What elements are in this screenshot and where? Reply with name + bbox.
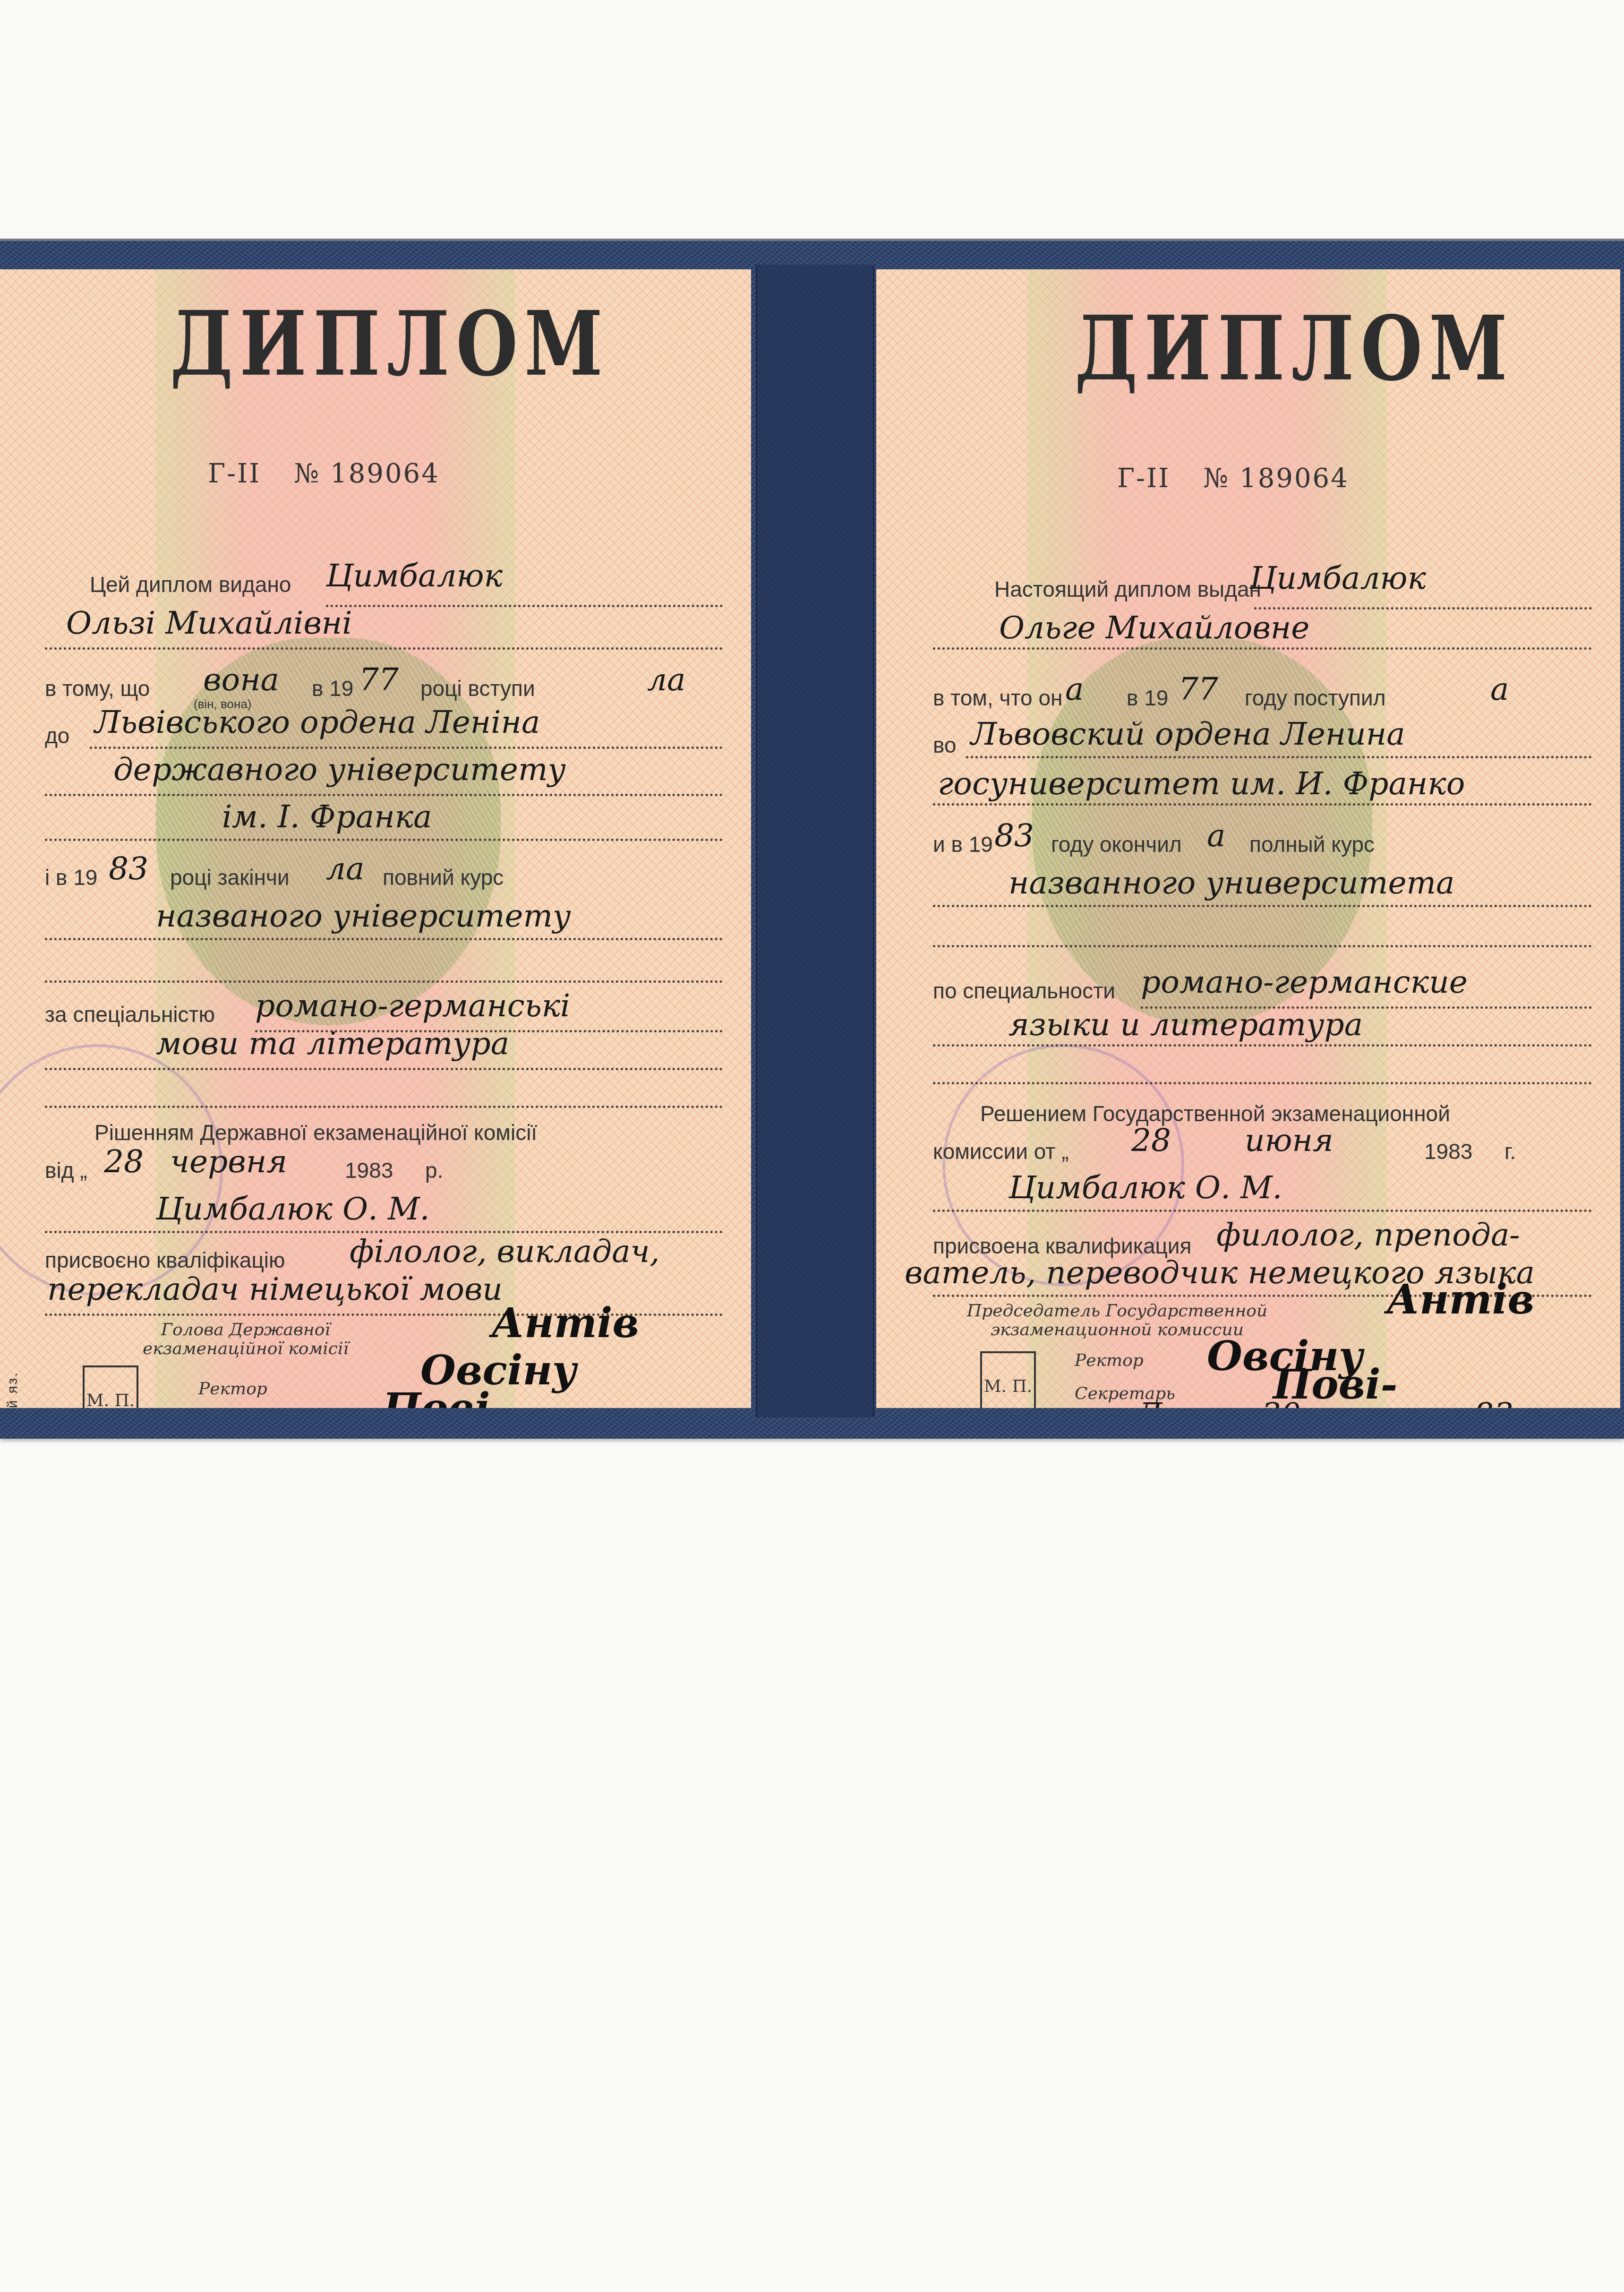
dotted-line [933, 1082, 1592, 1084]
issue-month: июня [1318, 1396, 1407, 1408]
dotted-line [933, 945, 1592, 947]
specialty-line-2: языки и литература [1009, 1006, 1363, 1043]
full-course-label: полный курс [1249, 832, 1375, 857]
rector-label: Ректор [1075, 1351, 1144, 1370]
surname: Цимбалюк [326, 558, 503, 594]
issued-label: Цей диплом видано [90, 572, 291, 597]
entry-year: 77 [1179, 671, 1218, 707]
chair-signature: Антів [1386, 1276, 1534, 1323]
university-line-1: Львовский ордена Ленина [971, 716, 1405, 752]
entered-suffix: а [1490, 671, 1509, 707]
diploma-spine [756, 265, 874, 1417]
seal-placeholder: М. П. [83, 1365, 138, 1408]
diploma-number: 189064 [1239, 463, 1349, 494]
dotted-line [933, 803, 1592, 806]
dotted-line [933, 1210, 1592, 1212]
dotted-line [326, 605, 723, 607]
number-sign: № [294, 458, 320, 489]
and-in-year-label: і в 19 [45, 865, 97, 890]
and-in-year-label: и в 19 [933, 832, 993, 857]
decision-label: Решением Государственной экзаменационной [980, 1101, 1450, 1126]
in-that-label: в том, что он [933, 685, 1062, 711]
holder-short-name: Цимбалюк О. М. [1009, 1169, 1282, 1206]
chair-label: Голова Державної екзаменаційної комісії [128, 1321, 364, 1358]
first-and-patronymic: Ользі Михайлівні [66, 605, 352, 641]
specialty-label: по специальности [933, 978, 1115, 1004]
course-name: названого університету [156, 898, 571, 934]
number-sign: № [1203, 463, 1230, 494]
specialty-line-1: романо-германські [255, 987, 570, 1024]
university-line-3: ім. І. Франка [222, 798, 432, 835]
entered-suffix: ла [647, 661, 685, 698]
qualification-line-1: филолог, препода- [1216, 1217, 1520, 1253]
in-year-label: в 19 [1127, 685, 1168, 711]
secretary-signature: Пові- [383, 1384, 507, 1408]
dotted-line [45, 839, 723, 841]
pronoun: вона [203, 661, 279, 698]
to-label: во [933, 732, 957, 758]
decision-day: 28 [104, 1143, 144, 1180]
decision-year: 1983 [345, 1158, 393, 1183]
dotted-line [45, 1106, 723, 1108]
specialty-label: за спеціальністю [45, 1002, 215, 1027]
decision-label: Рішенням Державної екзаменаційної комісі… [94, 1120, 537, 1145]
chair-signature: Антів [491, 1299, 639, 1347]
graduation-year: 83 [994, 817, 1034, 854]
specialty-line-2: мови та література [156, 1025, 509, 1062]
dotted-line [933, 647, 1592, 650]
rector-label: Ректор [198, 1380, 267, 1399]
issued-label: Настоящий диплом выдан [994, 576, 1261, 602]
finished-suffix: а [1207, 817, 1225, 854]
university-line-2: державного університету [113, 751, 566, 788]
holder-short-name: Цимбалюк О. М. [156, 1191, 430, 1227]
diploma-title: ДИПЛОМ [1075, 297, 1514, 401]
diploma-serial: Г-II№ 189064 [1117, 463, 1349, 494]
entered-label: году поступил [1245, 685, 1385, 711]
dotted-line [933, 1044, 1592, 1047]
in-year-label: в 19 [312, 676, 353, 701]
decision-year: 1983 [1424, 1139, 1472, 1164]
in-that-label: в тому, що [45, 676, 150, 701]
entry-year: 77 [359, 661, 399, 698]
diploma-page-ukrainian: ДИПЛОМ Г-II№ 189064 Цей диплом видано Ци… [0, 269, 751, 1408]
specialty-line-1: романо-германские [1141, 964, 1468, 1000]
finished-label: году окончил [1051, 832, 1182, 857]
graduation-year: 83 [109, 850, 148, 887]
diploma-page-russian: ДИПЛОМ Г-II№ 189064 Настоящий диплом выд… [876, 269, 1620, 1408]
diploma-number: 189064 [330, 458, 440, 489]
full-course-label: повний курс [383, 865, 504, 890]
year-abbr: г. [1504, 1139, 1516, 1164]
qualification-line-1: філолог, викладач, [350, 1233, 660, 1270]
dotted-line [90, 747, 723, 749]
dotted-line [45, 980, 723, 983]
qualification-line-2: перекладач німецької мови [47, 1271, 503, 1307]
series: Г-II [208, 458, 261, 489]
diploma-title: ДИПЛОМ [170, 292, 609, 396]
diploma-serial: Г-II№ 189064 [208, 458, 440, 489]
decision-month: июня [1245, 1122, 1333, 1159]
entered-label: році вступи [420, 676, 535, 701]
qualification-label: присвоєно кваліфікацію [45, 1247, 285, 1273]
pronoun-suffix: а [1065, 671, 1084, 707]
decision-month: червня [170, 1143, 287, 1180]
dotted-line [933, 905, 1592, 907]
decision-day: 28 [1131, 1122, 1171, 1159]
city: Львов [1136, 1396, 1234, 1408]
from-label: комиссии от „ [933, 1139, 1068, 1164]
seal-placeholder: М. П. [980, 1351, 1036, 1408]
dotted-line [966, 756, 1592, 758]
finished-suffix: ла [326, 850, 364, 887]
to-label: до [45, 723, 69, 748]
course-name: названного университета [1009, 865, 1454, 901]
first-and-patronymic: Ольге Михайловне [999, 609, 1309, 646]
finished-label: році закінчи [170, 865, 290, 890]
dotted-line [45, 938, 723, 940]
university-line-1: Львівського ордена Леніна [94, 704, 540, 740]
dotted-line [45, 1068, 723, 1070]
university-line-2: госуниверситет им. И. Франко [938, 765, 1465, 802]
issue-day: 30 [1261, 1396, 1301, 1408]
dotted-line [45, 794, 723, 796]
series: Г-II [1117, 463, 1170, 494]
from-label: від „ [45, 1158, 87, 1183]
dotted-line [45, 647, 723, 650]
issue-year: 83 [1474, 1396, 1513, 1408]
side-note: Украинский яз. [5, 1371, 21, 1408]
year-abbr: р. [425, 1158, 443, 1183]
surname: Цимбалюк [1249, 560, 1426, 596]
